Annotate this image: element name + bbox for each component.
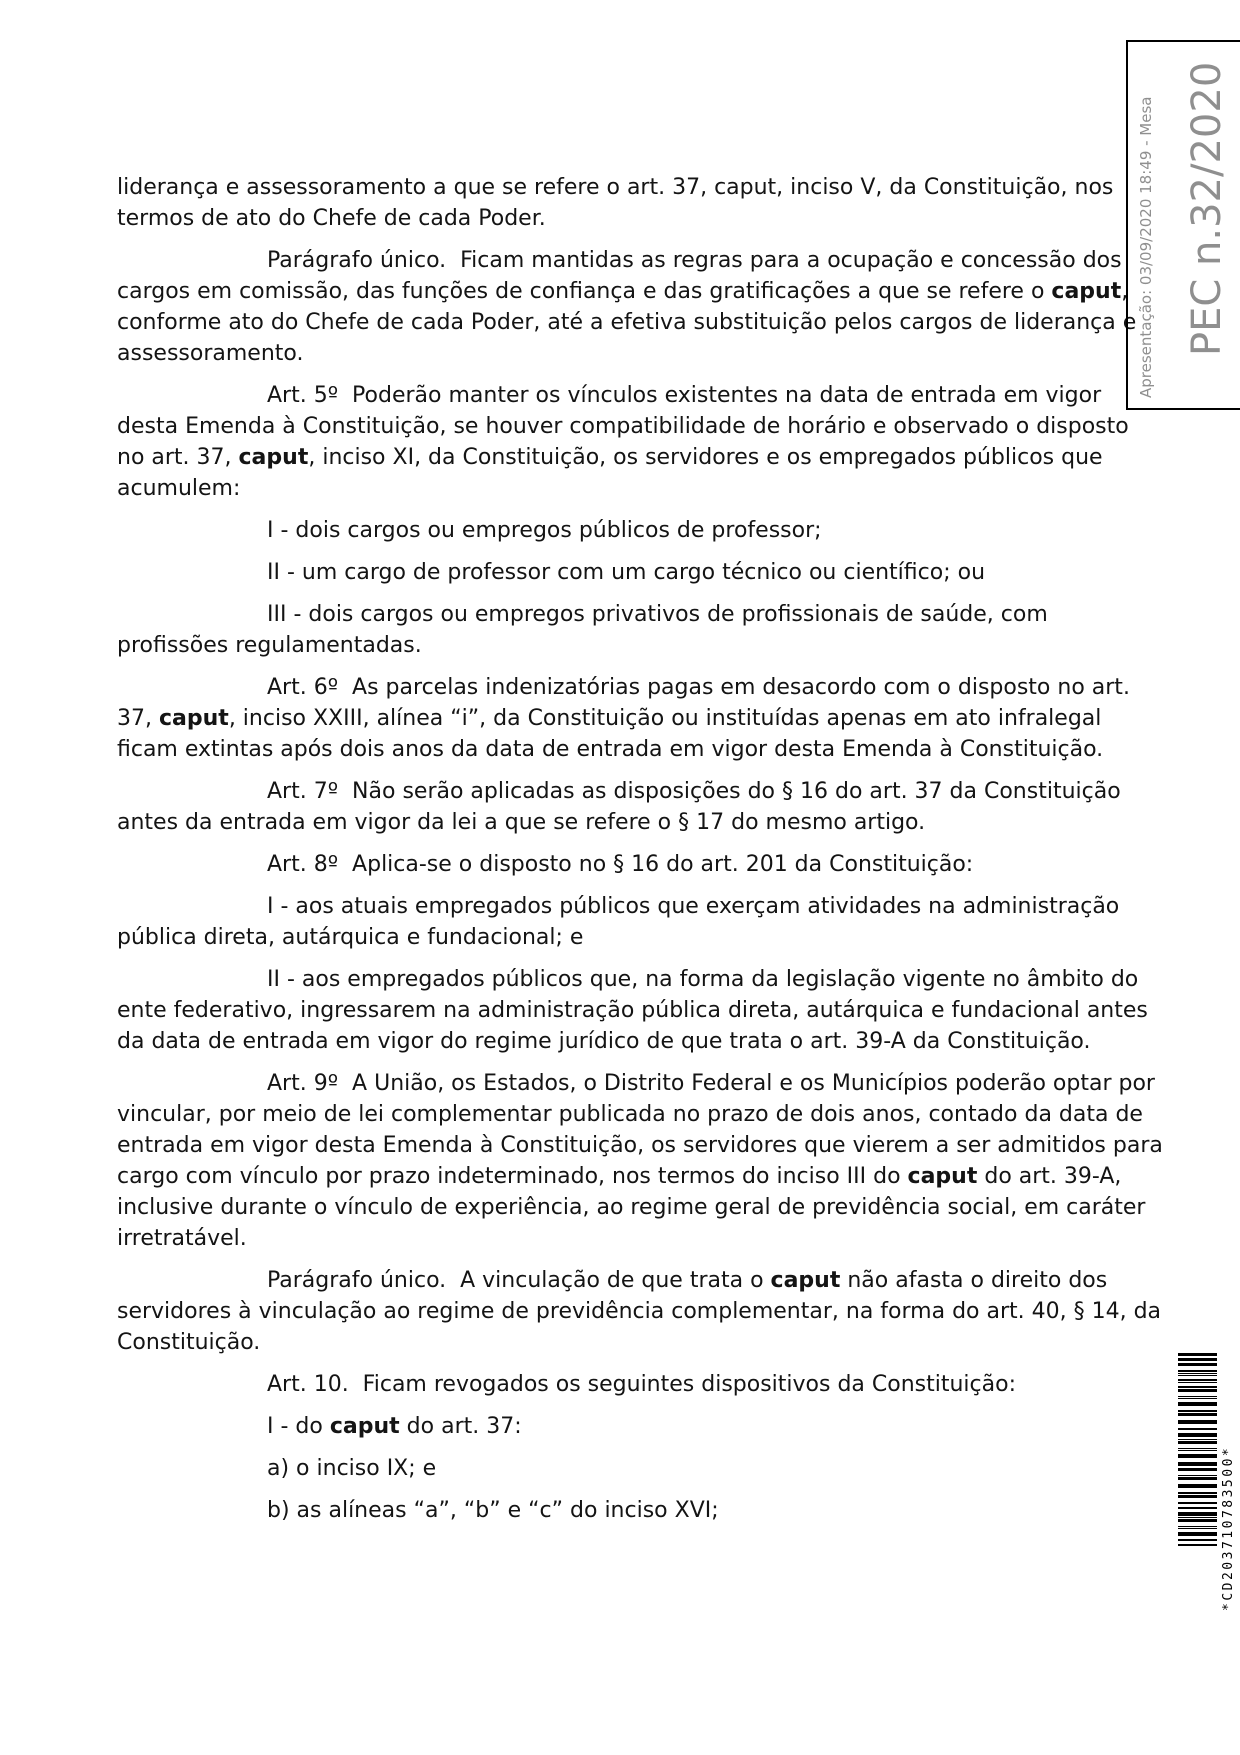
text-run: I - aos atuais empregados públicos que e… [117,894,1126,950]
paragraph: Art. 10. Ficam revogados os seguintes di… [117,1369,1163,1400]
text-run: II - aos empregados públicos que, na for… [117,967,1155,1054]
paragraph: I - dois cargos ou empregos públicos de … [117,515,1163,546]
paragraph: II - um cargo de professor com um cargo … [117,557,1163,588]
paragraph: Art. 9º A União, os Estados, o Distrito … [117,1068,1163,1254]
paragraph: III - dois cargos ou empregos privativos… [117,599,1163,661]
text-run: Parágrafo único. A vinculação de que tra… [267,1268,771,1293]
paragraph: Art. 7º Não serão aplicadas as disposiçõ… [117,776,1163,838]
text-run: a) o inciso IX; e [267,1456,436,1481]
text-run: I - do [267,1414,330,1439]
bold-term: caput [239,445,309,470]
bold-term: caput [908,1164,978,1189]
bold-term: caput [771,1268,841,1293]
barcode-gap [1178,1546,1217,1549]
text-run: Art. 10. Ficam revogados os seguintes di… [267,1372,1016,1397]
text-run: Parágrafo único. Ficam mantidas as regra… [117,248,1129,304]
barcode-text: *CD203710783500* [1221,1351,1237,1611]
barcode [1178,1353,1217,1608]
text-run: I - dois cargos ou empregos públicos de … [267,518,822,543]
document-number-label: PEC n.32/2020 [1180,70,1234,356]
bold-term: caput [330,1414,400,1439]
document-page: liderança e assessoramento a que se refe… [0,0,1240,1755]
text-run: Art. 8º Aplica-se o disposto no § 16 do … [267,852,973,877]
text-run: , inciso XXIII, alínea “i”, da Constitui… [117,706,1108,762]
bold-term: caput [159,706,229,731]
paragraph: liderança e assessoramento a que se refe… [117,172,1163,234]
document-body: liderança e assessoramento a que se refe… [117,172,1163,1537]
paragraph: Art. 5º Poderão manter os vínculos exist… [117,380,1163,504]
paragraph: a) o inciso IX; e [117,1453,1163,1484]
text-run: Art. 7º Não serão aplicadas as disposiçõ… [117,779,1128,835]
paragraph: Art. 6º As parcelas indenizatórias pagas… [117,672,1163,765]
paragraph: Parágrafo único. Ficam mantidas as regra… [117,245,1163,369]
paragraph: II - aos empregados públicos que, na for… [117,964,1163,1057]
paragraph: Art. 8º Aplica-se o disposto no § 16 do … [117,849,1163,880]
paragraph: I - aos atuais empregados públicos que e… [117,891,1163,953]
presentation-timestamp-label: Apresentação: 03/09/2020 18:49 - Mesa [1136,66,1156,398]
text-run: do art. 37: [400,1414,522,1439]
text-run: III - dois cargos ou empregos privativos… [117,602,1055,658]
paragraph: b) as alíneas “a”, “b” e “c” do inciso X… [117,1495,1163,1526]
text-run: II - um cargo de professor com um cargo … [267,560,985,585]
bold-term: caput [1051,279,1121,304]
text-run: liderança e assessoramento a que se refe… [117,175,1120,231]
paragraph: Parágrafo único. A vinculação de que tra… [117,1265,1163,1358]
text-run: b) as alíneas “a”, “b” e “c” do inciso X… [267,1498,719,1523]
paragraph: I - do caput do art. 37: [117,1411,1163,1442]
